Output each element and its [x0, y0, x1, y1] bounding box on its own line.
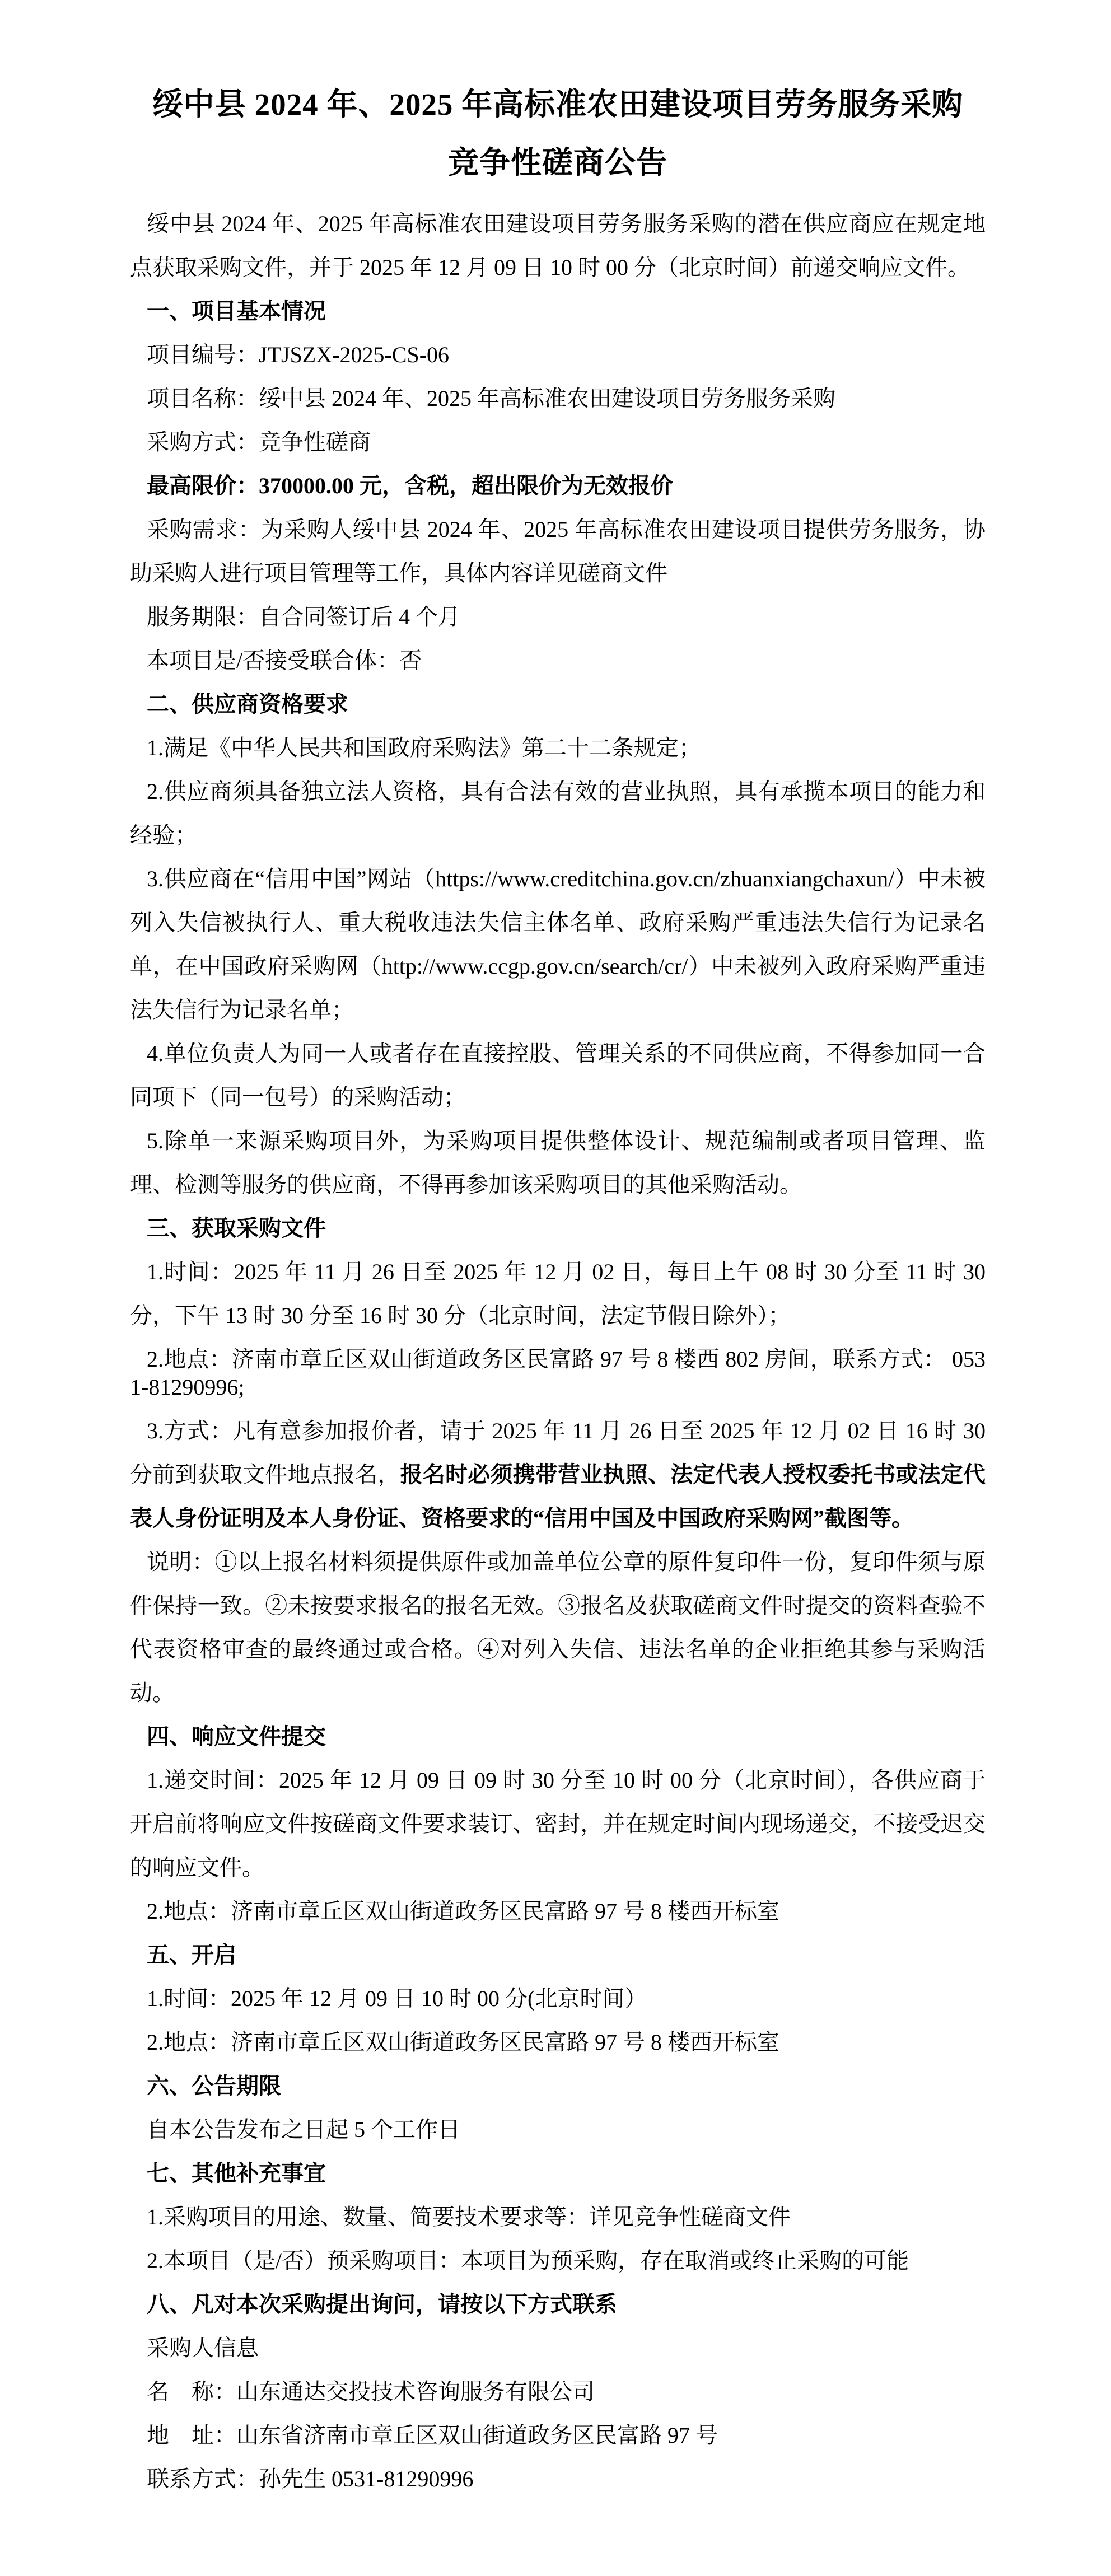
section-5-heading: 五、开启 [130, 1933, 986, 1977]
document-page: 绥中县 2024 年、2025 年高标准农田建设项目劳务服务采购 竞争性磋商公告… [0, 0, 1111, 2576]
section-1-heading: 一、项目基本情况 [130, 289, 986, 333]
qualification-item-3: 3.供应商在“信用中国”网站（https://www.creditchina.g… [130, 857, 986, 1032]
qualification-item-2: 2.供应商须具备独立法人资格，具有合法有效的营业执照，具有承揽本项目的能力和经验… [130, 770, 986, 857]
qualification-item-4: 4.单位负责人为同一人或者存在直接控股、管理关系的不同供应商，不得参加同一合同项… [130, 1032, 986, 1119]
section-4-heading: 四、响应文件提交 [130, 1715, 986, 1759]
intro-paragraph: 绥中县 2024 年、2025 年高标准农田建设项目劳务服务采购的潜在供应商应在… [130, 202, 986, 289]
registration-note-paragraph: 说明：①以上报名材料须提供原件或加盖单位公章的原件复印件一份，复印件须与原件保持… [130, 1540, 986, 1715]
submit-time-line: 1.递交时间：2025 年 12 月 09 日 09 时 30 分至 10 时 … [130, 1759, 986, 1890]
opening-location-line: 2.地点：济南市章丘区双山街道政务区民富路 97 号 8 楼西开标室 [130, 2021, 986, 2064]
document-title-line2: 竞争性磋商公告 [130, 134, 986, 192]
service-period-line: 服务期限：自合同签订后 4 个月 [130, 595, 986, 639]
section-2-heading: 二、供应商资格要求 [130, 682, 986, 726]
submit-location-line: 2.地点：济南市章丘区双山街道政务区民富路 97 号 8 楼西开标室 [130, 1890, 986, 1933]
announcement-period-line: 自本公告发布之日起 5 个工作日 [130, 2108, 986, 2152]
max-price-line: 最高限价：370000.00 元，含税，超出限价为无效报价 [130, 464, 986, 508]
section-6-heading: 六、公告期限 [130, 2064, 986, 2108]
file-obtain-location-line: 2.地点：济南市章丘区双山街道政务区民富路 97 号 8 楼西 802 房间，联… [130, 1345, 986, 1401]
purchaser-contact-line: 联系方式：孙先生 0531-81290996 [130, 2457, 986, 2501]
supplement-item-2: 2.本项目（是/否）预采购项目：本项目为预采购，存在取消或终止采购的可能 [130, 2239, 986, 2283]
consortium-line: 本项目是/否接受联合体：否 [130, 639, 986, 682]
file-obtain-method-line: 3.方式：凡有意参加报价者，请于 2025 年 11 月 26 日至 2025 … [130, 1409, 986, 1540]
section-7-heading: 七、其他补充事宜 [130, 2152, 986, 2195]
supplement-item-1: 1.采购项目的用途、数量、简要技术要求等：详见竞争性磋商文件 [130, 2195, 986, 2239]
section-3-heading: 三、获取采购文件 [130, 1207, 986, 1250]
qualification-item-1: 1.满足《中华人民共和国政府采购法》第二十二条规定； [130, 726, 986, 770]
purchase-method-line: 采购方式：竞争性磋商 [130, 420, 986, 464]
opening-time-line: 1.时间：2025 年 12 月 09 日 10 时 00 分(北京时间） [130, 1977, 986, 2021]
section-8-heading: 八、凡对本次采购提出询问，请按以下方式联系 [130, 2283, 986, 2326]
qualification-item-5: 5.除单一来源采购项目外，为采购项目提供整体设计、规范编制或者项目管理、监理、检… [130, 1119, 986, 1207]
purchaser-info-label: 采购人信息 [130, 2326, 986, 2370]
project-name-line: 项目名称：绥中县 2024 年、2025 年高标准农田建设项目劳务服务采购 [130, 377, 986, 420]
purchaser-address-line: 地 址：山东省济南市章丘区双山街道政务区民富路 97 号 [130, 2414, 986, 2457]
document-title-line1: 绥中县 2024 年、2025 年高标准农田建设项目劳务服务采购 [130, 76, 986, 134]
file-obtain-time-line: 1.时间：2025 年 11 月 26 日至 2025 年 12 月 02 日，… [130, 1250, 986, 1338]
project-number-line: 项目编号：JTJSZX-2025-CS-06 [130, 333, 986, 377]
purchaser-name-line: 名 称：山东通达交投技术咨询服务有限公司 [130, 2370, 986, 2414]
purchase-requirement-line: 采购需求：为采购人绥中县 2024 年、2025 年高标准农田建设项目提供劳务服… [130, 508, 986, 595]
